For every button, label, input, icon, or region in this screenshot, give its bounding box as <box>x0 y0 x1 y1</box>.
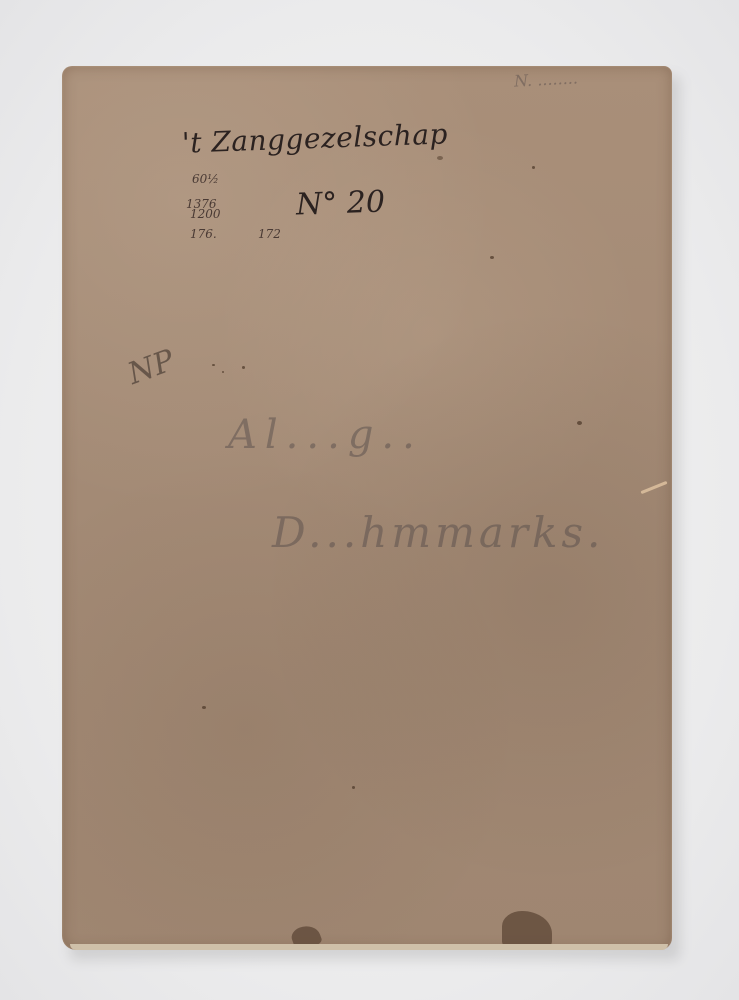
handwritten-number: N° 20 <box>295 184 385 222</box>
speck <box>242 366 245 369</box>
speck <box>222 371 224 373</box>
speck <box>212 364 215 366</box>
corner-note: N. ........ <box>514 68 579 90</box>
page-edge <box>70 944 668 950</box>
margin-number: 176. <box>190 227 217 241</box>
pencil-inscription-line-2: D...hmmarks. <box>272 508 604 557</box>
margin-number: 1200 <box>190 207 221 221</box>
margin-number: 60½ <box>192 172 219 186</box>
margin-number: 172 <box>258 227 281 241</box>
speck <box>437 156 443 160</box>
speck <box>490 256 494 259</box>
pencil-inscription-line-1: Al...g.. <box>228 412 423 458</box>
speck <box>352 786 355 789</box>
speck <box>532 166 535 169</box>
speck <box>202 706 206 709</box>
speck <box>577 421 582 425</box>
